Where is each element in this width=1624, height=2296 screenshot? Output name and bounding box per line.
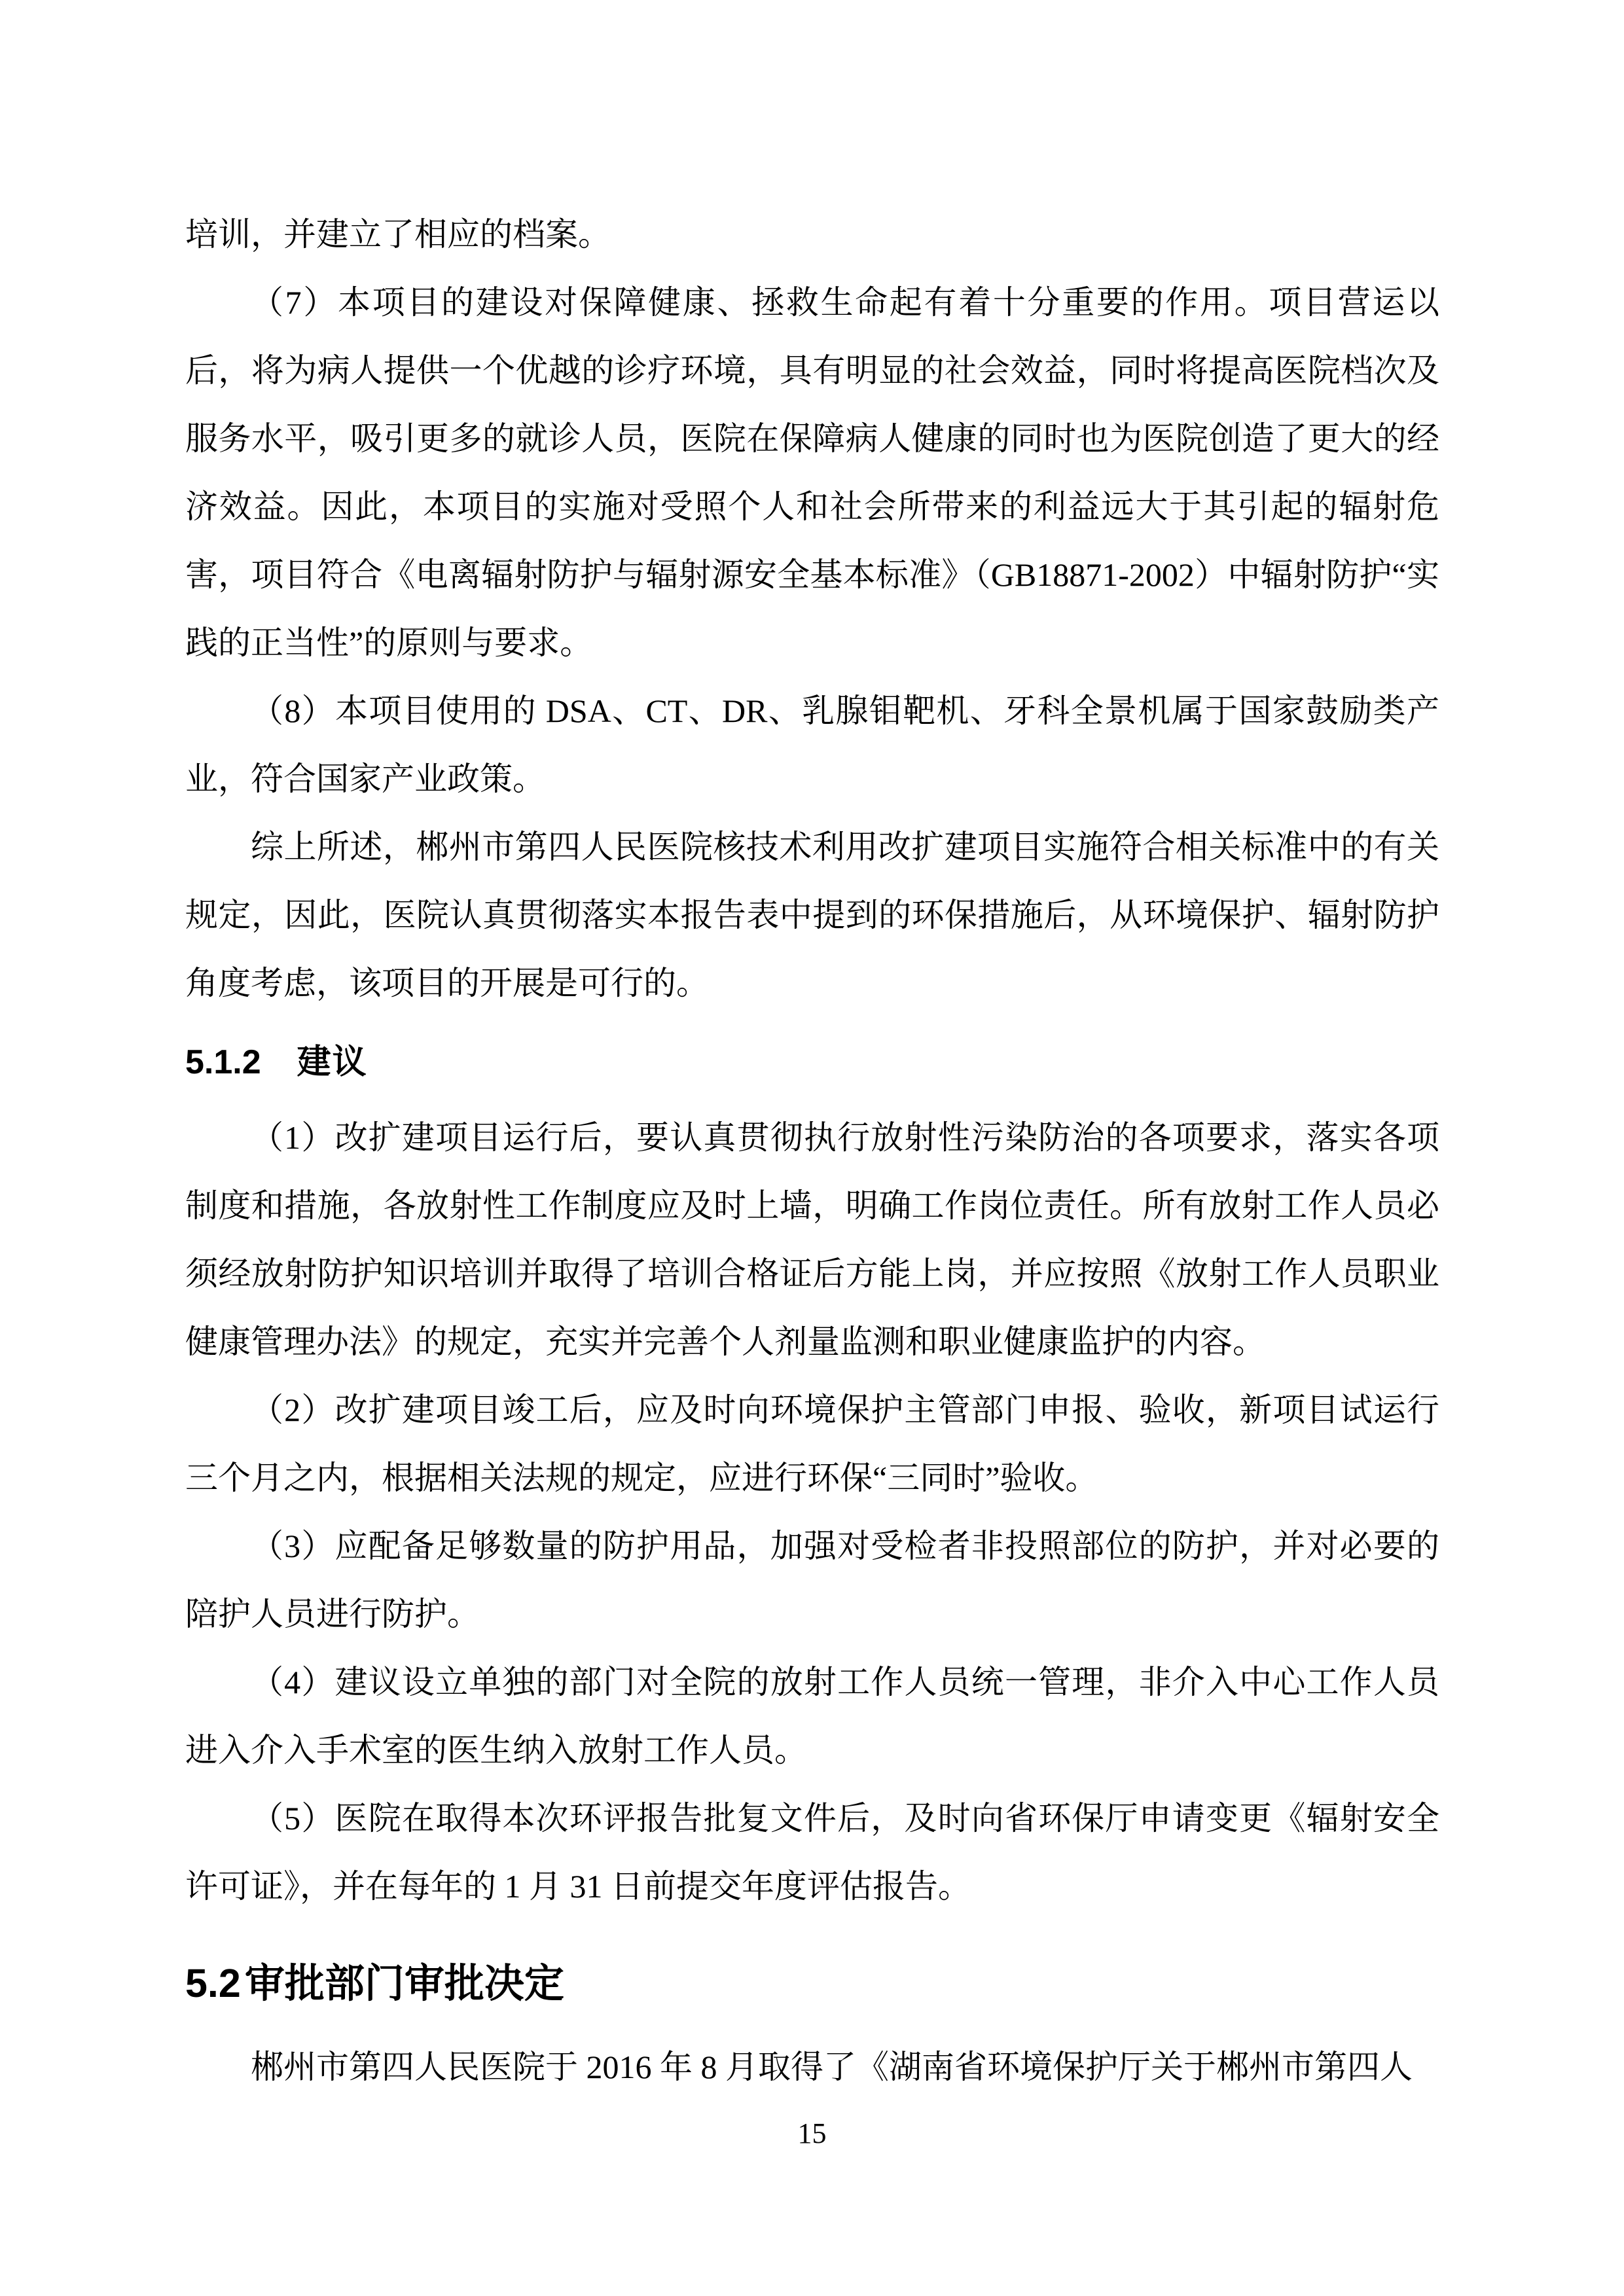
page-number: 15	[0, 2119, 1624, 2148]
paragraph-suggestion-2: （2）改扩建项目竣工后，应及时向环境保护主管部门申报、验收，新项目试运行三个月之…	[185, 1376, 1439, 1512]
paragraph-item-8: （8）本项目使用的 DSA、CT、DR、乳腺钼靶机、牙科全景机属于国家鼓励类产业…	[185, 677, 1439, 813]
paragraph-approval-intro: 郴州市第四人民医院于 2016 年 8 月取得了《湖南省环境保护厅关于郴州市第四…	[185, 2033, 1439, 2101]
paragraph-continuation: 培训，并建立了相应的档案。	[185, 200, 1439, 268]
heading-number: 5.1.2	[185, 1043, 261, 1081]
heading-number: 5.2	[185, 1961, 241, 2005]
section-heading-5-2: 5.2审批部门审批决定	[185, 1944, 1439, 2022]
heading-label: 建议	[297, 1043, 368, 1081]
paragraph-suggestion-4: （4）建议设立单独的部门对全院的放射工作人员统一管理，非介入中心工作人员进入介入…	[185, 1648, 1439, 1784]
paragraph-item-7: （7）本项目的建设对保障健康、拯救生命起有着十分重要的作用。项目营运以后，将为病…	[185, 268, 1439, 677]
document-page: 培训，并建立了相应的档案。 （7）本项目的建设对保障健康、拯救生命起有着十分重要…	[0, 0, 1624, 2296]
paragraph-suggestion-3: （3）应配备足够数量的防护用品，加强对受检者非投照部位的防护，并对必要的陪护人员…	[185, 1512, 1439, 1648]
paragraph-suggestion-5: （5）医院在取得本次环评报告批复文件后，及时向省环保厅申请变更《辐射安全许可证》…	[185, 1784, 1439, 1920]
section-heading-5-1-2: 5.1.2建议	[185, 1026, 1439, 1098]
paragraph-summary: 综上所述，郴州市第四人民医院核技术利用改扩建项目实施符合相关标准中的有关规定，因…	[185, 813, 1439, 1017]
paragraph-suggestion-1: （1）改扩建项目运行后，要认真贯彻执行放射性污染防治的各项要求，落实各项制度和措…	[185, 1103, 1439, 1376]
heading-label: 审批部门审批决定	[245, 1961, 564, 2005]
document-content: 培训，并建立了相应的档案。 （7）本项目的建设对保障健康、拯救生命起有着十分重要…	[185, 200, 1439, 2101]
